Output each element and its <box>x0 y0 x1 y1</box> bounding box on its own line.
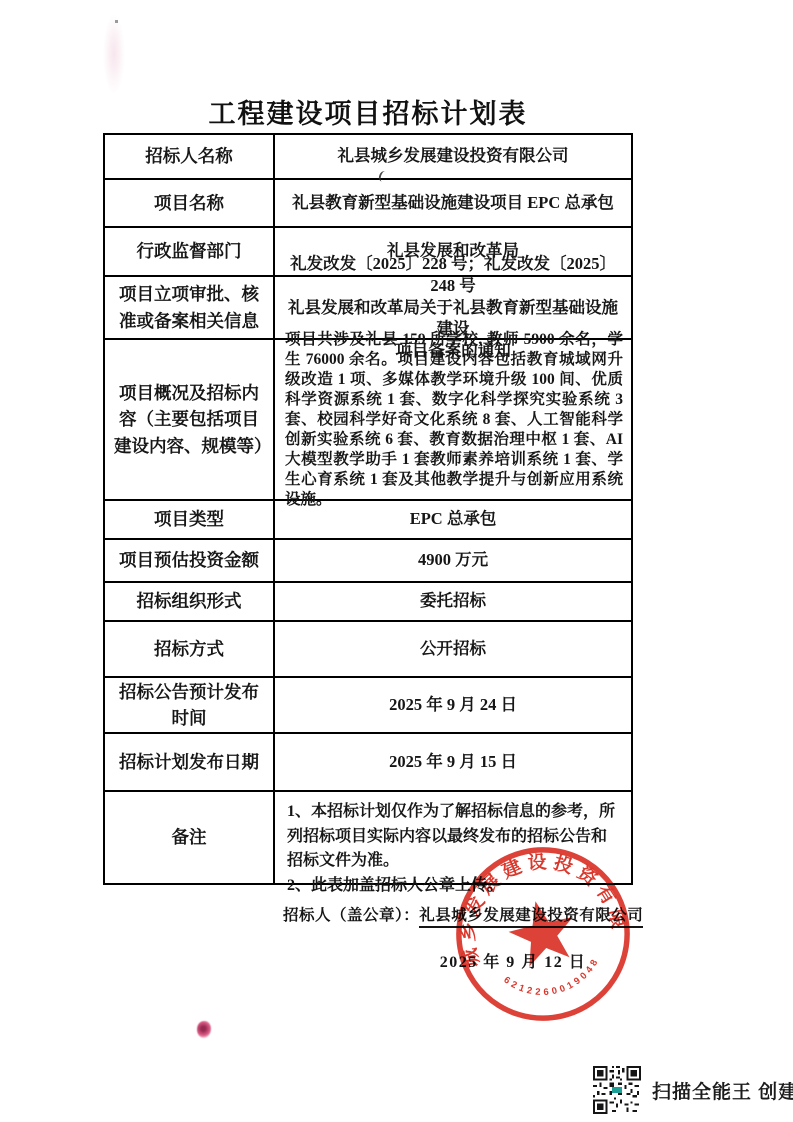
row-label: 行政监督部门 <box>105 228 275 275</box>
row-value: EPC 总承包 <box>275 501 631 538</box>
page-title: 工程建设项目招标计划表 <box>103 92 633 131</box>
ink-dot-artifact <box>197 1021 211 1038</box>
row-value: 公开招标 <box>275 622 631 676</box>
table-row: 项目名称 礼县教育新型基础设施建设项目 EPC 总承包 <box>105 178 631 226</box>
qr-code-icon <box>593 1066 641 1114</box>
row-label: 招标方式 <box>105 622 275 676</box>
row-value: 礼县城乡发展建设投资有限公司 <box>275 135 631 178</box>
table-row: 项目预估投资金额 4900 万元 <box>105 538 631 581</box>
table-row: 招标公告预计发布时间 2025 年 9 月 24 日 <box>105 676 631 732</box>
row-label: 项目名称 <box>105 180 275 226</box>
scanner-brand-label: 扫描全能王 创建 <box>652 1077 793 1104</box>
row-label: 项目立项审批、核准或备案相关信息 <box>105 277 275 338</box>
table-row: 招标方式 公开招标 <box>105 620 631 676</box>
seal-number-text: 6212260019048 <box>500 953 606 1007</box>
scanner-watermark: 扫描全能王 创建 <box>593 1066 793 1114</box>
row-value: 礼县教育新型基础设施建设项目 EPC 总承包 <box>275 180 631 226</box>
table-row: 项目概况及招标内容（主要包括项目建设内容、规模等） 项目共涉及礼县 159 所学… <box>105 338 631 499</box>
row-value: 4900 万元 <box>275 540 631 581</box>
row-label: 招标计划发布日期 <box>105 734 275 790</box>
row-value: 2025 年 9 月 15 日 <box>275 734 631 790</box>
signature-prefix: 招标人（盖公章）： <box>283 907 419 924</box>
row-label: 招标组织形式 <box>105 583 275 620</box>
row-value: 项目共涉及礼县 159 所学校, 教师 5900 余名，学生 76000 余名。… <box>275 340 631 499</box>
table-row: 项目类型 EPC 总承包 <box>105 499 631 538</box>
scan-smudge-artifact <box>103 14 125 94</box>
table-row: 招标计划发布日期 2025 年 9 月 15 日 <box>105 732 631 790</box>
seal-star-icon <box>503 894 581 970</box>
row-value: 委托招标 <box>275 583 631 620</box>
row-label: 招标人名称 <box>105 135 275 178</box>
row-label: 备注 <box>105 792 275 883</box>
svg-text:6212260019048: 6212260019048 <box>500 953 606 1007</box>
scanned-document-page: 工程建设项目招标计划表 招标人名称 礼县城乡发展建设投资有限公司 项目名称 礼县… <box>0 0 793 1122</box>
row-label: 项目预估投资金额 <box>105 540 275 581</box>
scan-dot-artifact <box>115 20 118 23</box>
row-label: 项目概况及招标内容（主要包括项目建设内容、规模等） <box>105 340 275 499</box>
row-label: 招标公告预计发布时间 <box>105 678 275 732</box>
bidding-plan-table: 招标人名称 礼县城乡发展建设投资有限公司 项目名称 礼县教育新型基础设施建设项目… <box>103 133 633 885</box>
row-value: 2025 年 9 月 24 日 <box>275 678 631 732</box>
row-label: 项目类型 <box>105 501 275 538</box>
company-seal-stamp: 礼县城乡发展建设投资有限公司 6212260019048 <box>449 840 637 1028</box>
table-row: 招标组织形式 委托招标 <box>105 581 631 620</box>
table-row: 招标人名称 礼县城乡发展建设投资有限公司 <box>105 135 631 178</box>
